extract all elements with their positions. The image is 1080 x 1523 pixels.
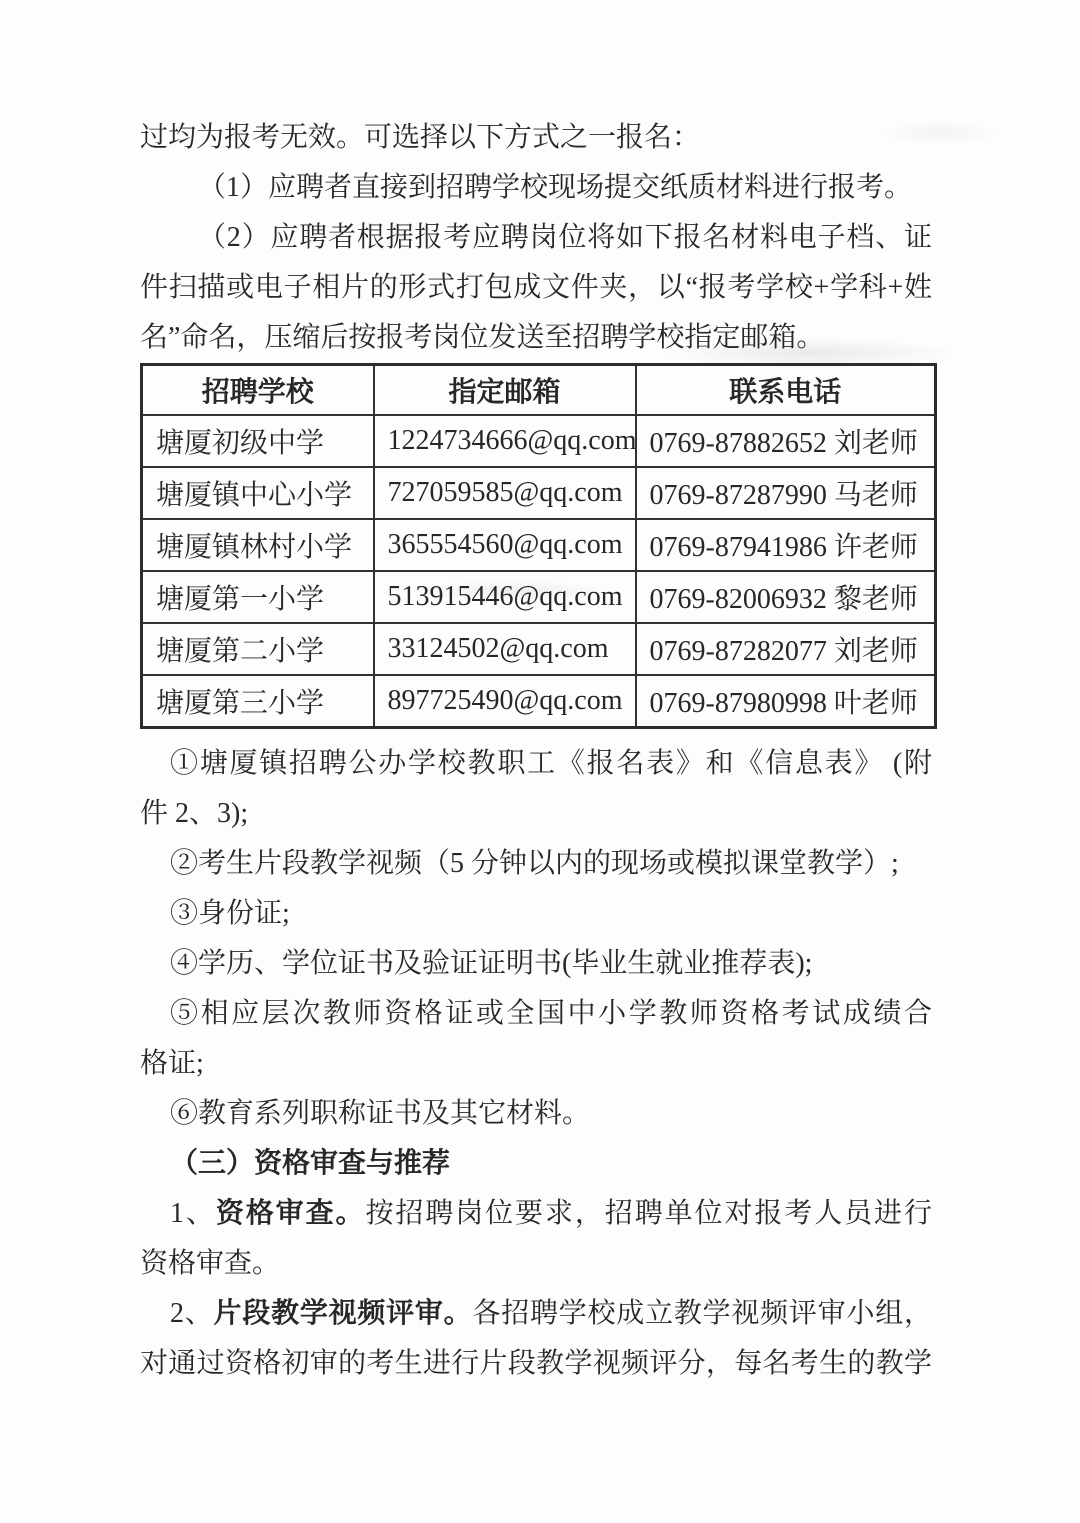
email-cell: 513915446@qq.com	[374, 571, 636, 623]
text-line: ④学历、学位证书及验证证明书(毕业生就业推荐表);	[140, 939, 932, 989]
phone-cell: 0769-87980998 叶老师	[636, 675, 936, 728]
document-content: 过均为报考无效。可选择以下方式之一报名：（1）应聘者直接到招聘学校现场提交纸质材…	[140, 113, 932, 1389]
text-run: 格证;	[140, 1048, 204, 1079]
text-line: ⑤相应层次教师资格证或全国中小学教师资格考试成绩合	[140, 989, 932, 1039]
text-line: （1）应聘者直接到招聘学校现场提交纸质材料进行报考。	[140, 163, 932, 213]
school-cell: 塘厦第一小学	[142, 571, 374, 623]
document-page: 过均为报考无效。可选择以下方式之一报名：（1）应聘者直接到招聘学校现场提交纸质材…	[0, 0, 1080, 1523]
text-run: 资格审查。	[140, 1248, 280, 1279]
text-line: 2、片段教学视频评审。各招聘学校成立教学视频评审小组，	[140, 1289, 932, 1339]
table-row: 塘厦第一小学513915446@qq.com0769-82006932 黎老师	[142, 571, 936, 623]
text-line: 过均为报考无效。可选择以下方式之一报名：	[140, 113, 932, 163]
text-line: （2）应聘者根据报考应聘岗位将如下报名材料电子档、证	[140, 213, 932, 263]
text-run: ③身份证;	[170, 898, 290, 929]
text-run: 按招聘岗位要求，招聘单位对报考人员进行	[365, 1198, 932, 1229]
email-cell: 365554560@qq.com	[374, 519, 636, 571]
table-header-row: 招聘学校 指定邮箱 联系电话	[142, 365, 936, 416]
phone-cell: 0769-87287990 马老师	[636, 467, 936, 519]
school-cell: 塘厦镇林村小学	[142, 519, 374, 571]
text-run: ⑥教育系列职称证书及其它材料。	[170, 1098, 590, 1129]
text-line: 件 2、3);	[140, 789, 932, 839]
text-line: 1、资格审查。按招聘岗位要求，招聘单位对报考人员进行	[140, 1189, 932, 1239]
text-run: 件扫描或电子相片的形式打包成文件夹，以“报考学校+学科+姓	[140, 272, 932, 303]
column-header-email: 指定邮箱	[374, 365, 636, 416]
table-row: 塘厦第二小学33124502@qq.com0769-87282077 刘老师	[142, 623, 936, 675]
text-line: 资格审查。	[140, 1239, 932, 1289]
school-cell: 塘厦镇中心小学	[142, 467, 374, 519]
bold-text-run: （三）资格审查与推荐	[170, 1148, 450, 1179]
text-line: （三）资格审查与推荐	[140, 1139, 932, 1189]
phone-cell: 0769-87941986 许老师	[636, 519, 936, 571]
text-line: 件扫描或电子相片的形式打包成文件夹，以“报考学校+学科+姓	[140, 263, 932, 313]
school-contact-table: 招聘学校 指定邮箱 联系电话 塘厦初级中学1224734666@qq.com07…	[140, 363, 937, 729]
column-header-phone: 联系电话	[636, 365, 936, 416]
text-line: ③身份证;	[140, 889, 932, 939]
table-row: 塘厦镇中心小学727059585@qq.com0769-87287990 马老师	[142, 467, 936, 519]
phone-cell: 0769-87282077 刘老师	[636, 623, 936, 675]
text-run: 对通过资格初审的考生进行片段教学视频评分，每名考生的教学	[140, 1348, 932, 1379]
text-line: 对通过资格初审的考生进行片段教学视频评分，每名考生的教学	[140, 1339, 932, 1389]
text-run: 2、	[170, 1298, 214, 1329]
text-line: 名”命名，压缩后按报考岗位发送至招聘学校指定邮箱。	[140, 313, 932, 363]
email-cell: 727059585@qq.com	[374, 467, 636, 519]
phone-cell: 0769-87882652 刘老师	[636, 415, 936, 467]
paragraph-block-top: 过均为报考无效。可选择以下方式之一报名：（1）应聘者直接到招聘学校现场提交纸质材…	[140, 113, 932, 363]
text-run: 1、	[170, 1198, 216, 1229]
email-cell: 1224734666@qq.com	[374, 415, 636, 467]
text-line: ②考生片段教学视频（5 分钟以内的现场或模拟课堂教学）;	[140, 839, 932, 889]
school-cell: 塘厦第三小学	[142, 675, 374, 728]
text-line: ⑥教育系列职称证书及其它材料。	[140, 1089, 932, 1139]
text-run: ②考生片段教学视频（5 分钟以内的现场或模拟课堂教学）;	[170, 848, 899, 879]
text-run: （1）应聘者直接到招聘学校现场提交纸质材料进行报考。	[198, 172, 912, 203]
text-line: ①塘厦镇招聘公办学校教职工《报名表》和《信息表》 (附	[140, 739, 932, 789]
table-row: 塘厦初级中学1224734666@qq.com0769-87882652 刘老师	[142, 415, 936, 467]
table-row: 塘厦第三小学897725490@qq.com0769-87980998 叶老师	[142, 675, 936, 728]
phone-cell: 0769-82006932 黎老师	[636, 571, 936, 623]
text-run: ⑤相应层次教师资格证或全国中小学教师资格考试成绩合	[170, 998, 932, 1029]
text-run: 各招聘学校成立教学视频评审小组，	[472, 1298, 932, 1329]
bold-text-run: 片段教学视频评审。	[214, 1298, 473, 1329]
text-run: ④学历、学位证书及验证证明书(毕业生就业推荐表);	[170, 948, 812, 979]
column-header-school: 招聘学校	[142, 365, 374, 416]
text-run: 件 2、3);	[140, 798, 248, 829]
bold-text-run: 资格审查。	[216, 1198, 366, 1229]
paragraph-block-bottom: ①塘厦镇招聘公办学校教职工《报名表》和《信息表》 (附件 2、3);②考生片段教…	[140, 739, 932, 1389]
email-cell: 33124502@qq.com	[374, 623, 636, 675]
school-cell: 塘厦初级中学	[142, 415, 374, 467]
email-cell: 897725490@qq.com	[374, 675, 636, 728]
text-line: 格证;	[140, 1039, 932, 1089]
school-cell: 塘厦第二小学	[142, 623, 374, 675]
table-row: 塘厦镇林村小学365554560@qq.com0769-87941986 许老师	[142, 519, 936, 571]
text-run: 名”命名，压缩后按报考岗位发送至招聘学校指定邮箱。	[140, 322, 824, 353]
text-run: ①塘厦镇招聘公办学校教职工《报名表》和《信息表》 (附	[170, 748, 932, 779]
text-run: 过均为报考无效。可选择以下方式之一报名：	[140, 122, 700, 153]
text-run: （2）应聘者根据报考应聘岗位将如下报名材料电子档、证	[198, 222, 932, 253]
